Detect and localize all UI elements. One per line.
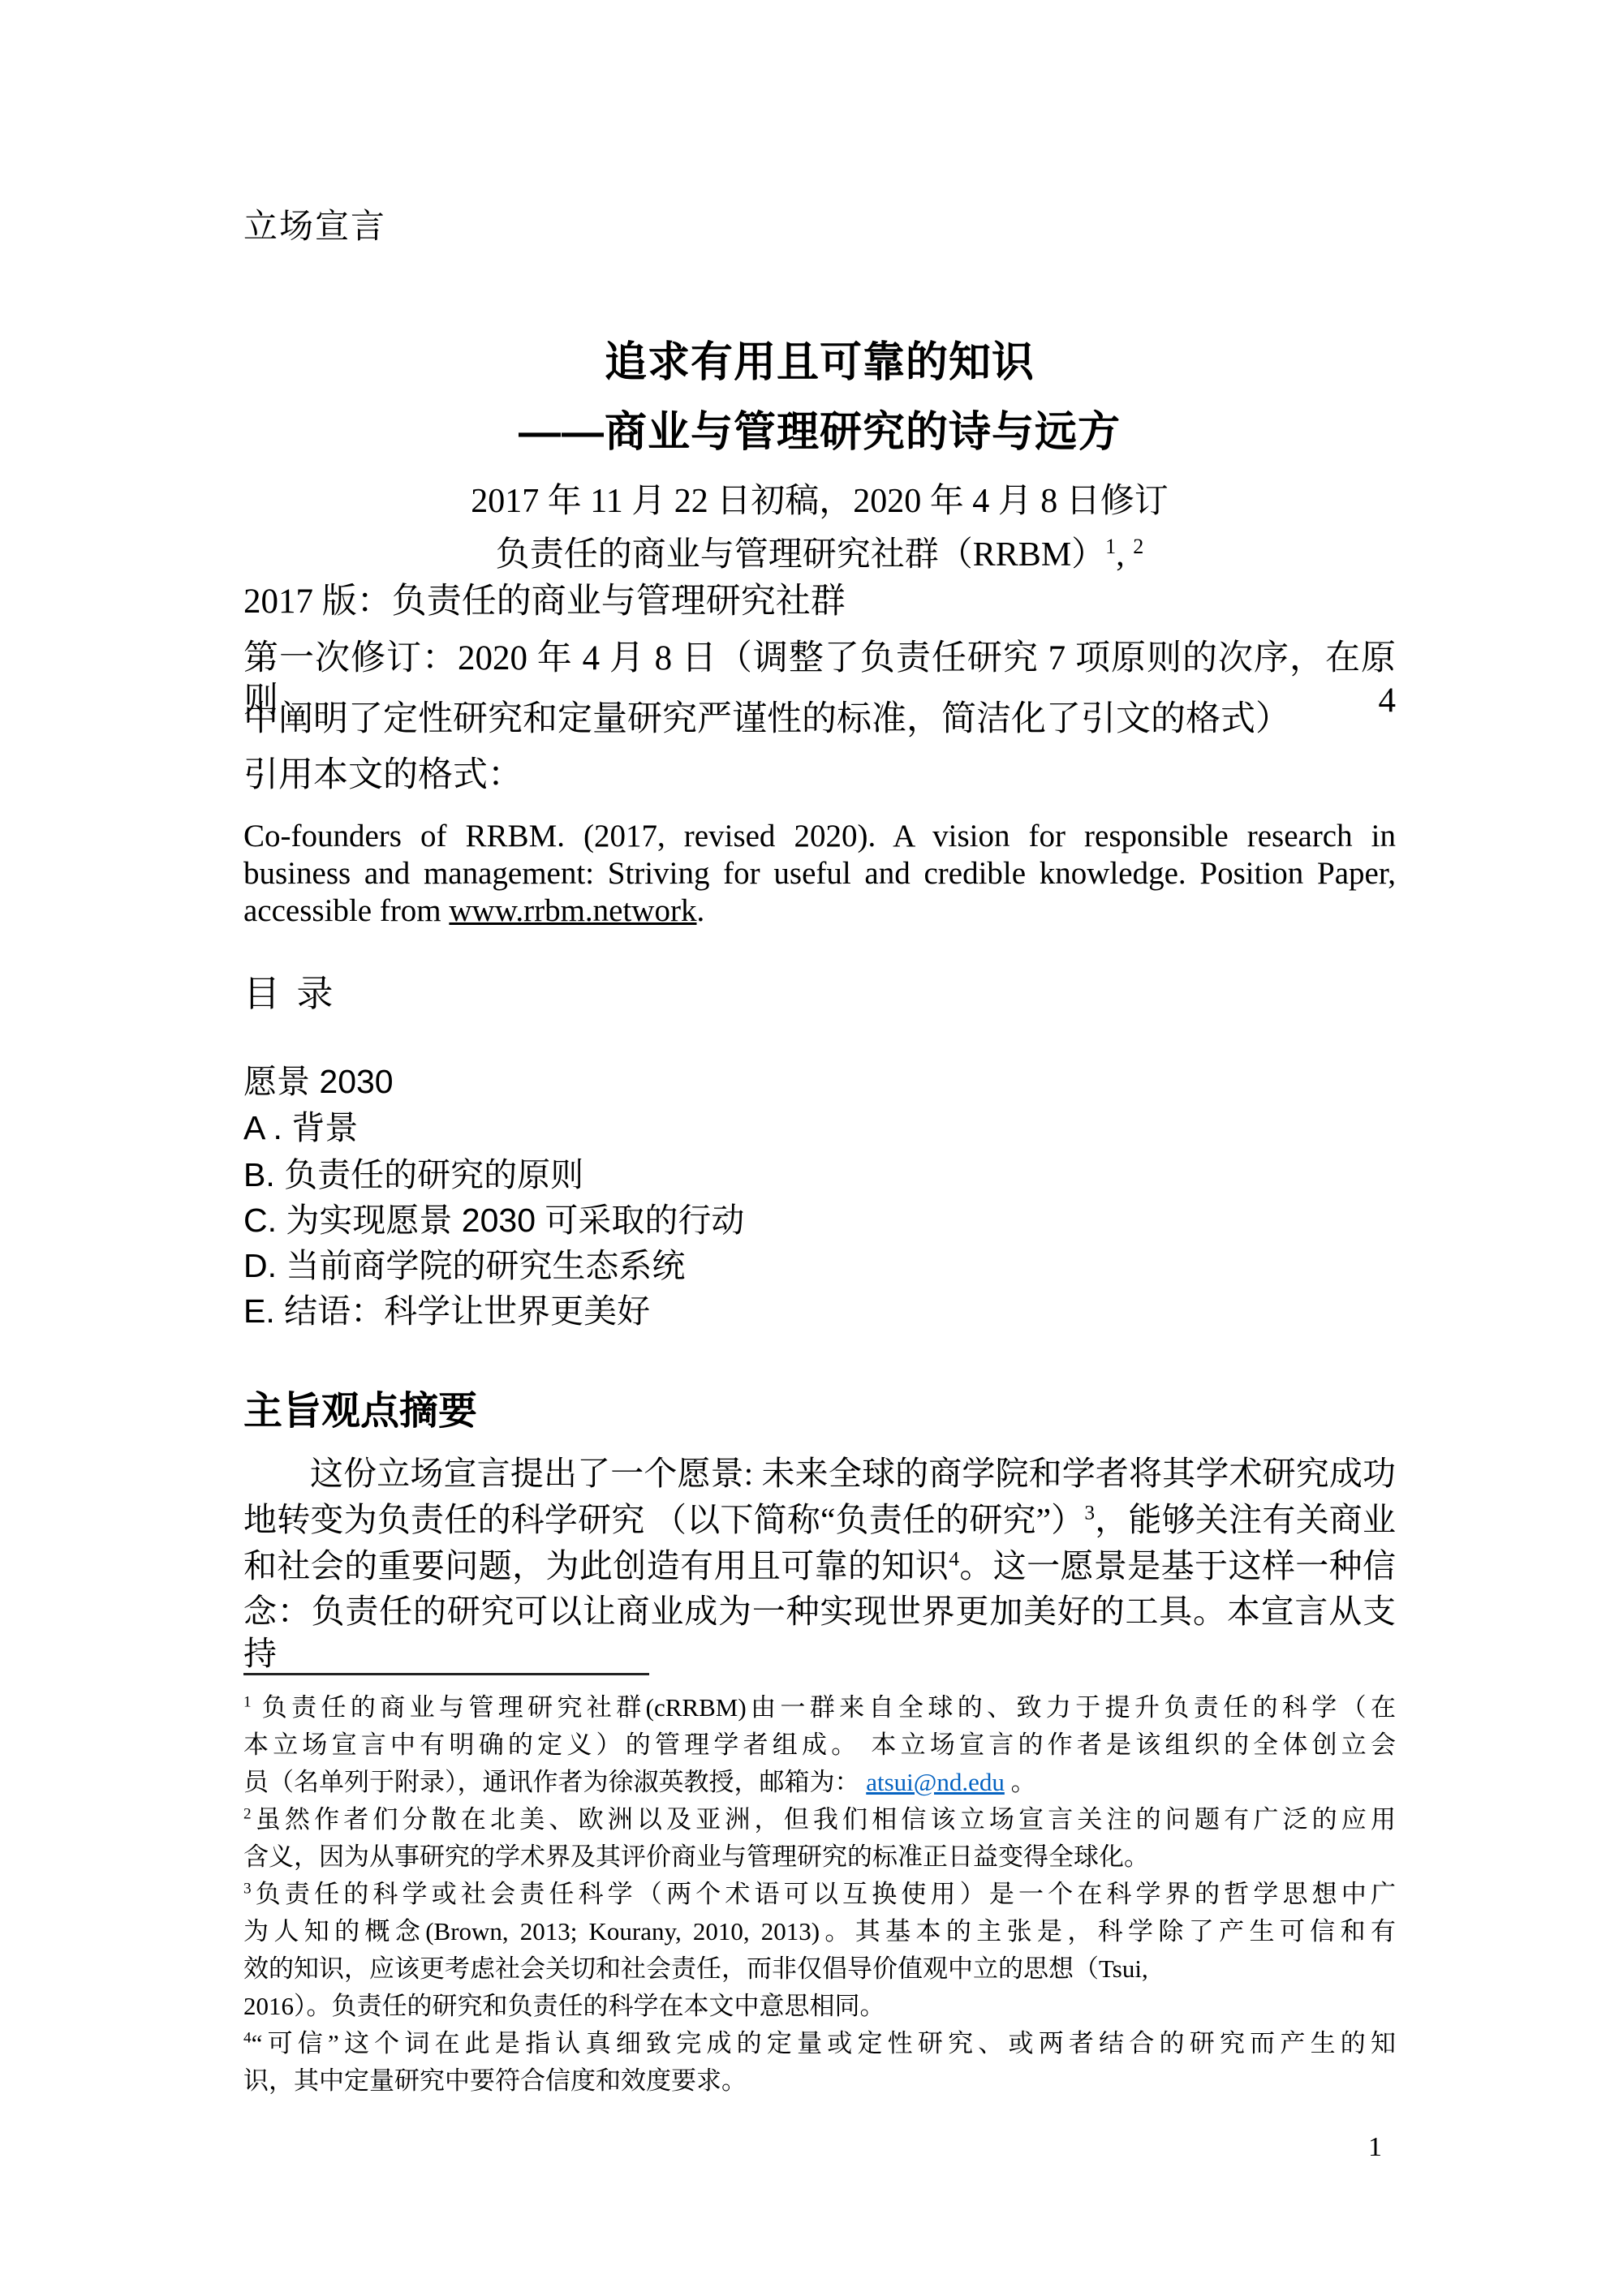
toc-item-vision-2030: 愿景 2030 xyxy=(243,1055,1396,1103)
header-label: 立场宣言 xyxy=(243,200,1396,248)
citation-format-label: 引用本文的格式： xyxy=(243,755,1396,797)
citation-line-3: accessible from www.rrbm.network. xyxy=(243,892,1396,930)
footnotes-section: 1 负责任的商业与管理研究社群(cRRBM)由一群来自全球的、致力于提升负责任的… xyxy=(243,1689,1396,2100)
summary-paragraph-line-2: 地转变为负责任的科学研究 （以下简称“负责任的研究”）3，能够关注有关商业 xyxy=(243,1498,1396,1541)
footnote-3-line-4: 2016）。负责任的研究和负责任的科学在本文中意思相同。 xyxy=(243,1988,1396,2025)
toc-item-e-conclusion: E. 结语：科学让世界更美好 xyxy=(243,1284,1396,1332)
summary-paragraph-line-4: 念：负责任的研究可以让商业成为一种实现世界更加美好的工具。本宣言从支持 xyxy=(243,1590,1396,1675)
document-page: 立场宣言 追求有用且可靠的知识 ——商业与管理研究的诗与远方 2017 年 11… xyxy=(0,0,1623,2296)
toc-item-b-principles: B. 负责任的研究的原则 xyxy=(243,1148,1396,1196)
footnote-ref-2: 2 xyxy=(1133,535,1143,558)
draft-date-line: 2017 年 11 月 22 日初稿，2020 年 4 月 8 日修订 xyxy=(243,474,1396,522)
citation-line-1: Co-founders of RRBM. (2017, revised 2020… xyxy=(243,818,1396,855)
document-title-line1: 追求有用且可靠的知识 xyxy=(243,328,1396,389)
document-title-line2: ——商业与管理研究的诗与远方 xyxy=(243,398,1396,458)
footnote-3-line-2: 为人知的概念(Brown, 2013; Kourany, 2010, 2013)… xyxy=(243,1913,1396,1950)
toc-item-c-actions: C. 为实现愿景 2030 可采取的行动 xyxy=(243,1193,1396,1241)
footnote-separator xyxy=(243,1673,649,1675)
page-number: 1 xyxy=(1368,2132,1382,2163)
footnote-2-line-2: 含义，因为从事研究的学术界及其评价商业与管理研究的标准正日益变得全球化。 xyxy=(243,1838,1396,1876)
footnote-1-line-3: 员（名单列于附录），通讯作者为徐淑英教授，邮箱为： atsui@nd.edu 。 xyxy=(243,1764,1396,1801)
footnote-ref-4: 4 xyxy=(949,1547,959,1570)
footnote-1-line-2: 本立场宣言中有明确的定义）的管理学者组成。 本立场宣言的作者是该组织的全体创立会 xyxy=(243,1726,1396,1764)
toc-item-a-background: A . 背景 xyxy=(243,1101,1396,1149)
citation-line-2: business and management: Striving for us… xyxy=(243,855,1396,892)
summary-paragraph-line-3: 和社会的重要问题，为此创造有用且可靠的知识4。这一愿景是基于这样一种信 xyxy=(243,1545,1396,1587)
rrbm-network-link[interactable]: www.rrbm.network xyxy=(449,893,696,928)
author-line: 负责任的商业与管理研究社群（RRBM）1, 2 xyxy=(243,527,1396,576)
footnote-2-line-1: 2虽然作者们分散在北美、欧洲以及亚洲，但我们相信该立场宣言关注的问题有广泛的应用 xyxy=(243,1801,1396,1838)
footnote-1-line-1: 1 负责任的商业与管理研究社群(cRRBM)由一群来自全球的、致力于提升负责任的… xyxy=(243,1689,1396,1726)
version-2017-line: 2017 版：负责任的商业与管理研究社群 xyxy=(243,581,1396,623)
footnote-4-line-2: 识，其中定量研究中要符合信度和效度要求。 xyxy=(243,2062,1396,2100)
footnote-ref-1: 1 xyxy=(1105,535,1116,558)
footnote-3-line-3: 效的知识，应该更考虑社会关切和社会责任，而非仅倡导价值观中立的思想（Tsui, xyxy=(243,1950,1396,1988)
toc-item-d-ecosystem: D. 当前商学院的研究生态系统 xyxy=(243,1239,1396,1287)
footnote-2-marker: 2 xyxy=(243,1806,252,1823)
email-link[interactable]: atsui@nd.edu xyxy=(866,1768,1005,1796)
summary-paragraph-line-1: 这份立场宣言提出了一个愿景: 未来全球的商学院和学者将其学术研究成功 xyxy=(243,1452,1396,1494)
author-name: 负责任的商业与管理研究社群（RRBM） xyxy=(496,536,1105,574)
footnote-4-line-1: 4“可信”这个词在此是指认真细致完成的定量或定性研究、或两者结合的研究而产生的知 xyxy=(243,2025,1396,2062)
summary-heading: 主旨观点摘要 xyxy=(243,1379,1396,1435)
footnote-3-marker: 3 xyxy=(243,1881,252,1898)
footnote-1-marker: 1 xyxy=(243,1694,252,1711)
revision-line-2: 中阐明了定性研究和定量研究严谨性的标准，简洁化了引文的格式） xyxy=(243,699,1396,741)
footnote-3-line-1: 3负责任的科学或社会责任科学（两个术语可以互换使用）是一个在科学界的哲学思想中广 xyxy=(243,1876,1396,1913)
toc-heading: 目 录 xyxy=(243,964,1396,1017)
footnote-4-marker: 4 xyxy=(243,2030,252,2047)
footnote-ref-3: 3 xyxy=(1084,1501,1095,1524)
